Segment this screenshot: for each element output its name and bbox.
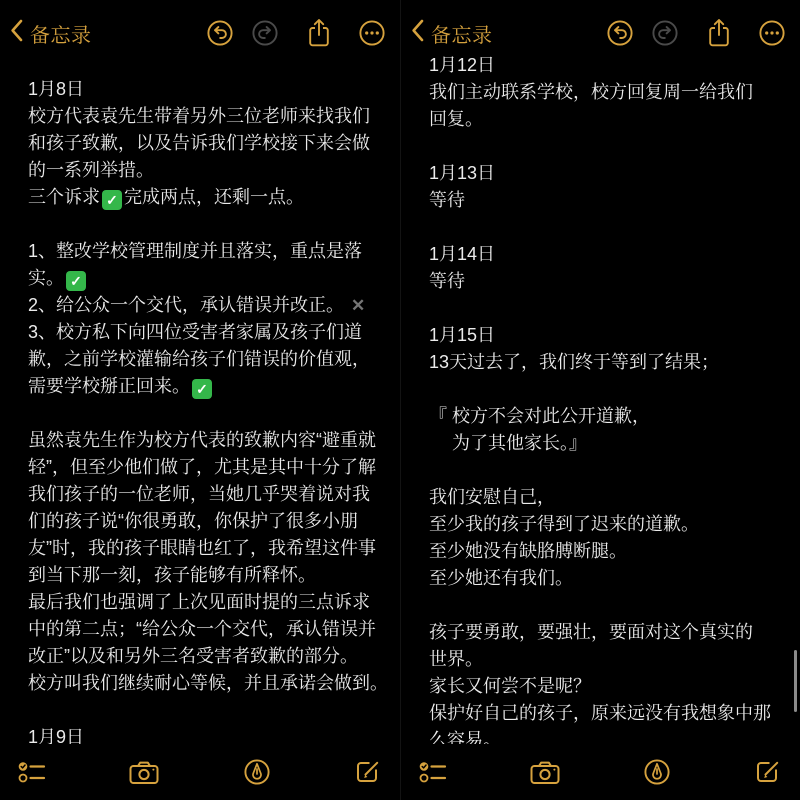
note-line: [429, 133, 795, 160]
x-emoji: ✕: [351, 296, 365, 315]
note-line: 回复。: [429, 106, 795, 133]
note-line: 13天过去了，我们终于等到了结果；: [429, 349, 795, 376]
chevron-left-icon: [411, 19, 424, 47]
check-emoji: ✓: [192, 379, 212, 399]
nav-actions: [605, 17, 787, 49]
note-line: 1月8日: [28, 76, 395, 103]
undo-button[interactable]: [605, 18, 635, 48]
share-button[interactable]: [305, 17, 333, 49]
note-line: 至少我的孩子得到了迟来的道歉。: [429, 511, 795, 538]
note-line: 我们主动联系学校，校方回复周一给我们: [429, 79, 795, 106]
note-line: 保护好自己的孩子，原来远没有我想象中那: [429, 700, 795, 727]
camera-button[interactable]: [529, 758, 561, 786]
note-line: 改正”以及和另外三名受害者致歉的部分。: [28, 643, 395, 670]
compose-button[interactable]: [753, 757, 783, 787]
note-line: 我们安慰自己，: [429, 484, 795, 511]
note-line: [429, 214, 795, 241]
note-line: [28, 697, 395, 724]
chevron-left-icon: [10, 19, 23, 47]
note-line: 2、给公众一个交代，承认错误并改正。✕: [28, 292, 395, 319]
note-line: 实。✓: [28, 265, 395, 292]
note-line: 为了其他家长。』: [429, 430, 795, 457]
note-line: 到当下那一刻，孩子能够有所释怀。: [28, 562, 395, 589]
back-button[interactable]: 备忘录: [411, 19, 493, 48]
note-line: 『 校方不会对此公开道歉，: [429, 403, 795, 430]
note-line: 家长又何尝不是呢？: [429, 673, 795, 700]
compose-button[interactable]: [353, 757, 383, 787]
note-line: 等待: [429, 187, 795, 214]
note-line: 友”时，我的孩子眼睛也红了，我希望这件事: [28, 535, 395, 562]
stitched-screenshots: 备忘录 1月8日校方代表袁先生带着另外三位老师来找我们和孩子致歉，以及告诉我们学…: [0, 0, 800, 800]
note-line: 虽然袁先生作为校方代表的致歉内容“避重就: [28, 427, 395, 454]
note-line: 等待: [429, 268, 795, 295]
note-line: 轻”，但至少他们做了，尤其是其中十分了解: [28, 454, 395, 481]
note-line: 们的孩子说“你很勇敢，你保护了很多小朋: [28, 508, 395, 535]
checklist-button[interactable]: [17, 758, 47, 786]
checklist-button[interactable]: [418, 758, 448, 786]
note-line: 的一系列举措。: [28, 157, 395, 184]
note-line: 歉，之前学校灌输给孩子们错误的价值观，: [28, 346, 395, 373]
note-body[interactable]: 1月12日我们主动联系学校，校方回复周一给我们回复。1月13日等待1月14日等待…: [401, 52, 800, 754]
note-body[interactable]: 1月8日校方代表袁先生带着另外三位老师来找我们和孩子致歉，以及告诉我们学校接下来…: [0, 76, 400, 751]
redo-button[interactable]: [650, 18, 680, 48]
redo-button[interactable]: [250, 18, 280, 48]
undo-button[interactable]: [205, 18, 235, 48]
note-line: 校方代表袁先生带着另外三位老师来找我们: [28, 103, 395, 130]
note-line: [28, 211, 395, 238]
note-line: 至少她还有我们。: [429, 565, 795, 592]
note-line: 3、校方私下向四位受害者家属及孩子们道: [28, 319, 395, 346]
back-label: 备忘录: [30, 19, 92, 48]
camera-button[interactable]: [128, 758, 160, 786]
notes-panel-left: 备忘录 1月8日校方代表袁先生带着另外三位老师来找我们和孩子致歉，以及告诉我们学…: [0, 0, 400, 800]
note-line: 三个诉求✓完成两点，还剩一点。: [28, 184, 395, 211]
note-line: 最后我们也强调了上次见面时提的三点诉求: [28, 589, 395, 616]
nav-bar: 备忘录: [0, 0, 400, 52]
scroll-indicator[interactable]: [794, 650, 797, 712]
bottom-toolbar: [0, 744, 400, 800]
nav-actions: [205, 17, 387, 49]
note-line: [28, 400, 395, 427]
note-line: [429, 592, 795, 619]
check-emoji: ✓: [102, 190, 122, 210]
note-line: [429, 457, 795, 484]
note-line: 1、整改学校管理制度并且落实，重点是落: [28, 238, 395, 265]
share-button[interactable]: [705, 17, 733, 49]
nav-bar: 备忘录: [401, 0, 800, 52]
note-line: [429, 376, 795, 403]
note-line: 校方叫我们继续耐心等候，并且承诺会做到。: [28, 670, 395, 697]
note-line: [429, 295, 795, 322]
note-line: 至少她没有缺胳膊断腿。: [429, 538, 795, 565]
bottom-toolbar: [401, 744, 800, 800]
more-button[interactable]: [757, 18, 787, 48]
note-line: 和孩子致歉，以及告诉我们学校接下来会做: [28, 130, 395, 157]
note-line: 1月15日: [429, 322, 795, 349]
note-line: 1月12日: [429, 52, 795, 79]
note-line: 孩子要勇敢，要强壮，要面对这个真实的: [429, 619, 795, 646]
back-button[interactable]: 备忘录: [10, 19, 92, 48]
note-line: 1月13日: [429, 160, 795, 187]
note-line: 世界。: [429, 646, 795, 673]
more-button[interactable]: [357, 18, 387, 48]
note-line: 需要学校掰正回来。✓: [28, 373, 395, 400]
note-line: 我们孩子的一位老师，当她几乎哭着说对我: [28, 481, 395, 508]
markup-button[interactable]: [242, 757, 272, 787]
note-line: 1月14日: [429, 241, 795, 268]
check-emoji: ✓: [66, 271, 86, 291]
back-label: 备忘录: [431, 19, 493, 48]
markup-button[interactable]: [642, 757, 672, 787]
notes-panel-right: 备忘录 1月12日我们主动联系学校，校方回复周一给我们回复。1月13日等待1月1…: [400, 0, 800, 800]
note-line: 中的第二点；“给公众一个交代，承认错误并: [28, 616, 395, 643]
